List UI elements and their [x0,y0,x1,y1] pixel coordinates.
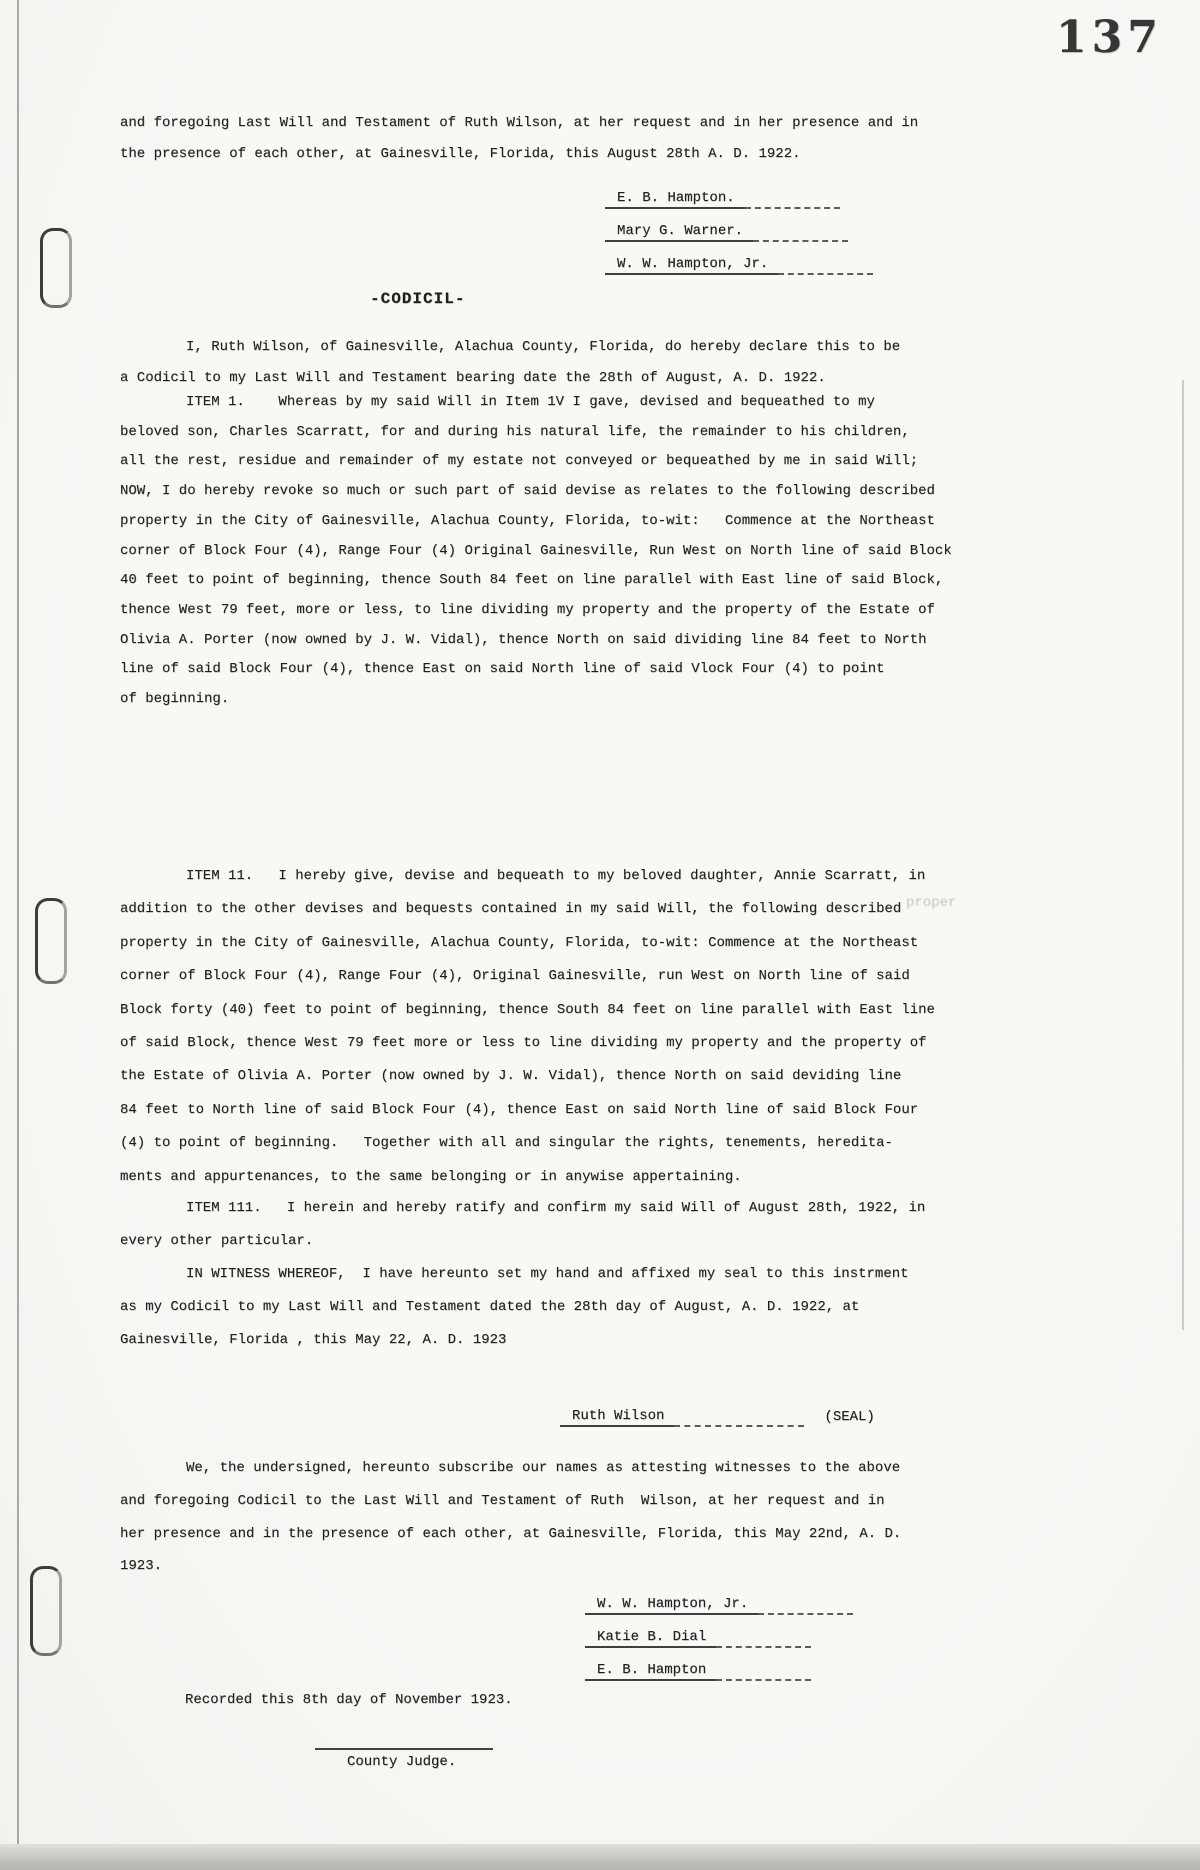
text-line: as my Codicil to my Last Will and Testam… [120,1291,909,1324]
text-line: thence West 79 feet, more or less, to li… [120,596,952,626]
binder-hole-middle [35,898,67,984]
page-edge-line [17,0,19,1845]
text-line: ments and appurtenances, to the same bel… [120,1161,935,1194]
county-judge-signature-block: County Judge. [315,1748,495,1770]
scanned-will-page: 137 and foregoing Last Will and Testamen… [0,0,1200,1870]
codicil-intro-paragraph: I, Ruth Wilson, of Gainesville, Alachua … [120,332,900,394]
text-line: property in the City of Gainesville, Ala… [120,507,952,537]
recorded-line: Recorded this 8th day of November 1923. [185,1692,513,1708]
text-line: every other particular. [120,1225,925,1258]
text-line: (4) to point of beginning. Together with… [120,1127,935,1160]
county-judge-label: County Judge. [315,1750,495,1770]
text-line: Olivia A. Porter (now owned by J. W. Vid… [120,626,952,656]
text-line: and foregoing Codicil to the Last Will a… [120,1485,901,1518]
text-line: I, Ruth Wilson, of Gainesville, Alachua … [120,332,900,363]
text-line: IN WITNESS WHEREOF, I have hereunto set … [120,1258,909,1291]
witness-clause-paragraph: IN WITNESS WHEREOF, I have hereunto set … [120,1258,909,1357]
text-line: and foregoing Last Will and Testament of… [120,108,918,139]
signature-line [758,1611,853,1615]
text-line: ITEM 1. Whereas by my said Will in Item … [120,388,952,418]
text-line: Block forty (40) feet to point of beginn… [120,994,935,1027]
text-line: the presence of each other, at Gainesvil… [120,139,918,170]
witness-signature: W. W. Hampton, Jr. [585,1596,758,1615]
codicil-heading: -CODICIL- [370,290,465,308]
page-number-stamp: 137 [1056,12,1163,63]
binder-hole-top [40,228,72,308]
seal-label: (SEAL) [824,1409,874,1427]
text-line: addition to the other devises and beques… [120,893,935,926]
binder-hole-bottom [30,1566,62,1656]
text-line: 84 feet to North line of said Block Four… [120,1094,935,1127]
text-line: of said Block, thence West 79 feet more … [120,1027,935,1060]
text-line: the Estate of Olivia A. Porter (now owne… [120,1060,935,1093]
testator-signature-row: Ruth Wilson(SEAL) [560,1408,875,1427]
text-line: 1923. [120,1550,901,1583]
signature-line [674,1423,804,1427]
text-line: her presence and in the presence of each… [120,1518,901,1551]
attestation-1922-paragraph: and foregoing Last Will and Testament of… [120,108,918,170]
signature-row: Mary G. Warner. [605,209,873,242]
witness-signature: Mary G. Warner. [605,223,753,242]
signature-row: W. W. Hampton, Jr. [605,242,873,275]
text-line: property in the City of Gainesville, Ala… [120,927,935,960]
signature-line [716,1677,811,1681]
text-line: corner of Block Four (4), Range Four (4)… [120,537,952,567]
signature-row: E. B. Hampton. [605,176,873,209]
witness-signature: E. B. Hampton [585,1662,716,1681]
witness-signatures-1922: E. B. Hampton. Mary G. Warner. W. W. Ham… [605,176,873,275]
witness-signature: Katie B. Dial [585,1629,716,1648]
testator-signature: Ruth Wilson [560,1408,674,1427]
attestation-1923-paragraph: We, the undersigned, hereunto subscribe … [120,1452,901,1583]
text-line: We, the undersigned, hereunto subscribe … [120,1452,901,1485]
scan-bottom-edge [0,1844,1200,1870]
item-2-paragraph: ITEM 11. I hereby give, devise and beque… [120,860,935,1194]
signature-row: W. W. Hampton, Jr. [585,1582,853,1615]
signature-line [753,238,848,242]
text-line: corner of Block Four (4), Range Four (4)… [120,960,935,993]
signature-line [778,271,873,275]
witness-signatures-1923: W. W. Hampton, Jr. Katie B. Dial E. B. H… [585,1582,853,1681]
text-line: 40 feet to point of beginning, thence So… [120,566,952,596]
scan-edge-line [1182,380,1184,1330]
witness-signature: W. W. Hampton, Jr. [605,256,778,275]
text-line: of beginning. [120,685,952,715]
text-line: NOW, I do hereby revoke so much or such … [120,477,952,507]
text-line: Gainesville, Florida , this May 22, A. D… [120,1324,909,1357]
ghost-text: proper [906,895,956,911]
text-line: ITEM 11. I hereby give, devise and beque… [120,860,935,893]
signature-line [745,205,840,209]
signature-line [716,1644,811,1648]
text-line: line of said Block Four (4), thence East… [120,655,952,685]
signature-row: E. B. Hampton [585,1648,853,1681]
item-1-paragraph: ITEM 1. Whereas by my said Will in Item … [120,388,952,715]
item-3-paragraph: ITEM 111. I herein and hereby ratify and… [120,1192,925,1258]
witness-signature: E. B. Hampton. [605,190,745,209]
text-line: all the rest, residue and remainder of m… [120,447,952,477]
signature-row: Katie B. Dial [585,1615,853,1648]
text-line: ITEM 111. I herein and hereby ratify and… [120,1192,925,1225]
text-line: beloved son, Charles Scarratt, for and d… [120,418,952,448]
